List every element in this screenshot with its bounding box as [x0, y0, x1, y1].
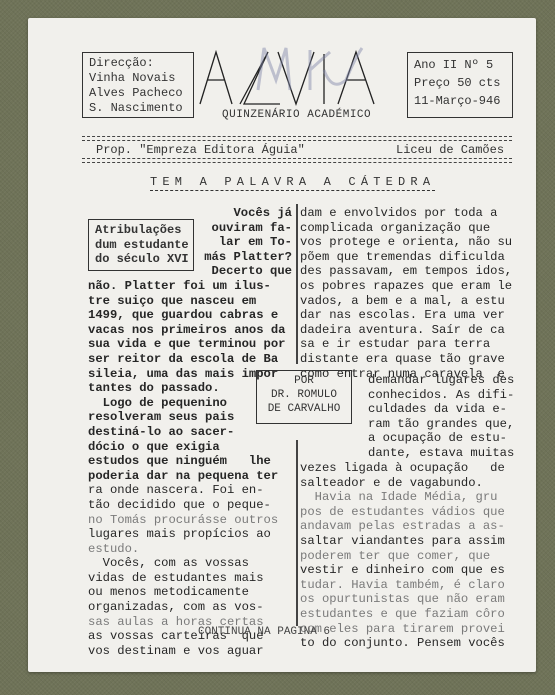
text-line: ou menos metodicamente — [88, 585, 285, 600]
text-line: lar em To- — [200, 235, 292, 250]
text-line: complicada organização que — [300, 221, 512, 236]
text-line: demandar lugares des — [368, 373, 514, 388]
text-line: tre suiço que nasceu em — [88, 294, 285, 309]
text-line: dadeira aventura. Saír de ca — [300, 323, 512, 338]
article-title-box: Atribulações dum estudante do século XVI — [88, 219, 194, 271]
issue-date: 11-Março-946 — [414, 92, 506, 110]
direction-label: Direcção: — [89, 56, 187, 71]
column-separator-bottom — [296, 440, 298, 626]
text-line: os pobres rapazes que eram le — [300, 279, 512, 294]
text-line: conhecidos. As difi- — [368, 388, 514, 403]
article-title-line: dum estudante — [95, 238, 187, 253]
top-divider — [82, 136, 512, 141]
text-line: dar nas escolas. Era uma ver — [300, 308, 512, 323]
direction-box: Direcção: Vinha Novais Alves Pacheco S. … — [82, 52, 194, 118]
ink-stamp-mark — [250, 40, 370, 100]
text-line: Vocês, com as vossas — [88, 556, 285, 571]
proprietor-text: Prop. "Empreza Editora Águia" — [96, 143, 305, 157]
text-line: sua vida e que terminou por — [88, 337, 285, 352]
issue-number: Ano II Nº 5 — [414, 56, 506, 74]
text-line: os opurtunistas que não eram — [300, 592, 505, 607]
text-line: poderia dar na pequena ter — [88, 469, 285, 484]
text-line: pos de estudantes vádios que — [300, 505, 505, 520]
issue-info-box: Ano II Nº 5 Preço 50 cts 11-Março-946 — [407, 52, 513, 118]
text-line: destiná-lo ao sacer- — [88, 425, 285, 440]
text-line: lugares mais propícios ao — [88, 527, 285, 542]
director-name: Vinha Novais — [89, 71, 187, 86]
author-name: DE CARVALHO — [257, 402, 351, 416]
text-line: Havia na Idade Média, gru — [300, 490, 505, 505]
text-line: poderem ter que comer, que — [300, 549, 505, 564]
author-byline-box: POR DR. ROMULO DE CARVALHO — [256, 370, 352, 424]
article-title-line: Atribulações — [95, 223, 187, 238]
text-line: no Tomás procurásse outros — [88, 513, 285, 528]
text-line: vezes ligada à ocupação de — [300, 461, 505, 476]
author-name: DR. ROMULO — [257, 388, 351, 402]
text-line: com eles para tirarem provei — [300, 622, 505, 637]
column-separator-top — [296, 204, 298, 364]
column-2-body-bottom: vezes ligada à ocupação de salteador e d… — [300, 461, 505, 651]
text-line: distante era quase tão grave — [300, 352, 512, 367]
text-line: vados, a bem e a mal, a estu — [300, 294, 512, 309]
continued-on-page-note: CONTINUA NA PAGINA 6 — [198, 626, 330, 638]
text-line: andavam pelas estradas a as- — [300, 519, 505, 534]
text-line: ser reitor da escola de Ba — [88, 352, 285, 367]
text-line: vacas nos primeiros anos da — [88, 323, 285, 338]
text-line: dante, estava muitas — [368, 446, 514, 461]
column-1-body: não. Platter foi um ilus- tre suiço que … — [88, 279, 285, 658]
text-line: ouviram fa- — [200, 221, 292, 236]
text-line: não. Platter foi um ilus- — [88, 279, 285, 294]
bottom-divider — [82, 158, 512, 163]
byline-por: POR — [257, 374, 351, 388]
text-line: Vocês já — [200, 206, 292, 221]
text-line: estudo. — [88, 542, 285, 557]
text-line: saltar viandantes para assim — [300, 534, 505, 549]
text-line: 1499, que guardou cabras e — [88, 308, 285, 323]
text-line: tudar. Havia também, é claro — [300, 578, 505, 593]
text-line: tão decidido que o peque- — [88, 498, 285, 513]
text-line: a ocupação de estu- — [368, 431, 514, 446]
text-line: sa e ir estudar para terra — [300, 337, 512, 352]
text-line: põem que tremendas dificulda — [300, 250, 512, 265]
issue-price: Preço 50 cts — [414, 74, 506, 92]
section-headline: TEM A PALAVRA A CÁTEDRA — [150, 175, 435, 191]
text-line: estudos que ninguém lhe — [88, 454, 285, 469]
text-line: ra onde nascera. Foi en- — [88, 483, 285, 498]
article-title-line: do século XVI — [95, 252, 187, 267]
text-line: dam e envolvidos por toda a — [300, 206, 512, 221]
director-name: Alves Pacheco — [89, 86, 187, 101]
director-name: S. Nascimento — [89, 101, 187, 116]
text-line: estudantes e que faziam côro — [300, 607, 505, 622]
column-2-body-mid: demandar lugares des conhecidos. As difi… — [368, 373, 514, 461]
text-line: salteador e de vagabundo. — [300, 476, 505, 491]
text-line: más Platter? — [200, 250, 292, 265]
text-line: to do conjunto. Pensem vocês — [300, 636, 505, 651]
text-line: vidas de estudantes mais — [88, 571, 285, 586]
column-1-intro: Vocês já ouviram fa- lar em To- más Plat… — [200, 206, 292, 279]
text-line: Decerto que — [200, 264, 292, 279]
school-name: Liceu de Camões — [396, 143, 504, 157]
masthead-subtitle: QUINZENÁRIO ACADÉMICO — [222, 109, 371, 121]
text-line: vestir e dinheiro com que es — [300, 563, 505, 578]
text-line: ram tão grandes que, — [368, 417, 514, 432]
text-line: vos destinam e vos aguar — [88, 644, 285, 659]
text-line: vos protege e orienta, não su — [300, 235, 512, 250]
column-2-body-top: dam e envolvidos por toda a complicada o… — [300, 206, 512, 381]
text-line: organizadas, com as vos- — [88, 600, 285, 615]
text-line: dócio o que exigia — [88, 440, 285, 455]
text-line: culdades da vida e- — [368, 402, 514, 417]
text-line: des passavam, em tempos idos, — [300, 264, 512, 279]
